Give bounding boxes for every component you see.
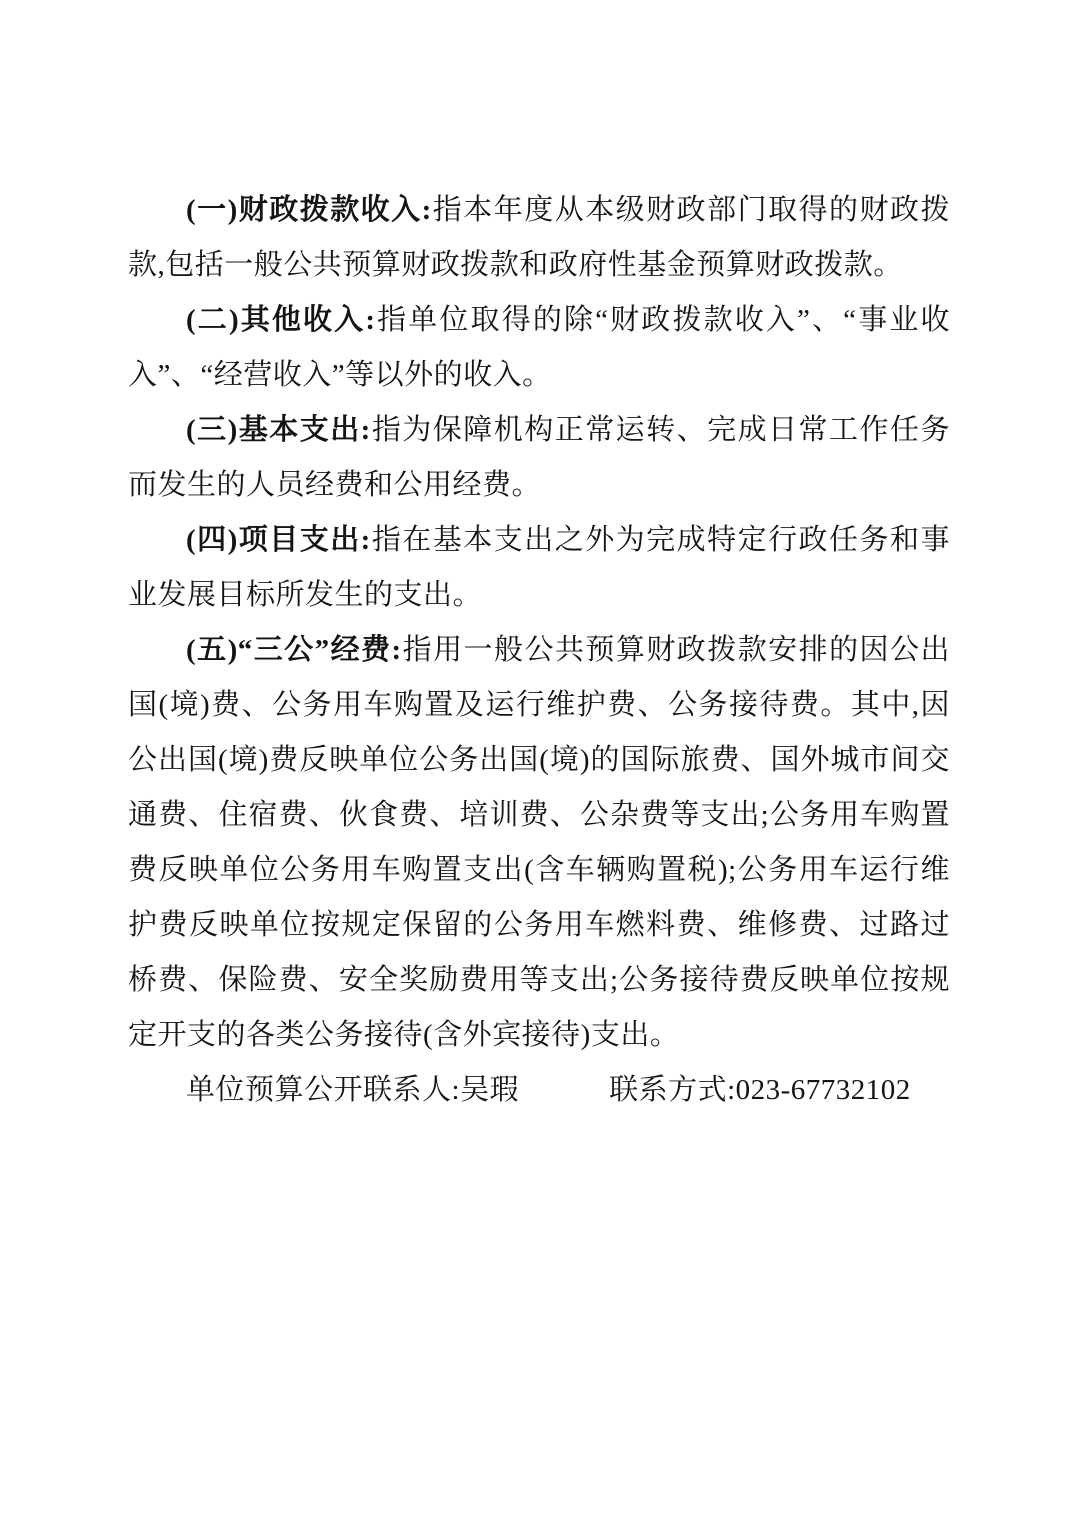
paragraph-term: (二)其他收入:: [186, 304, 375, 336]
paragraph-term: (五)“三公”经费:: [186, 634, 402, 666]
document-page: (一)财政拨款收入:指本年度从本级财政部门取得的财政拨款,包括一般公共预算财政拨…: [0, 0, 1074, 1520]
paragraph-term: (三)基本支出:: [186, 414, 371, 446]
definition-paragraph-3: (三)基本支出:指为保障机构正常运转、完成日常工作任务而发生的人员经费和公用经费…: [128, 403, 950, 513]
contact-method-value: 023-67732102: [736, 1074, 911, 1106]
contact-line: 单位预算公开联系人:吴瑕联系方式:023-67732102: [128, 1063, 950, 1118]
definition-paragraph-5: (五)“三公”经费:指用一般公共预算财政拨款安排的因公出国(境)费、公务用车购置…: [128, 623, 950, 1063]
paragraph-text: 指用一般公共预算财政拨款安排的因公出国(境)费、公务用车购置及运行维护费、公务接…: [128, 634, 950, 1051]
paragraph-term: (一)财政拨款收入:: [186, 194, 432, 226]
contact-person-label: 单位预算公开联系人:: [186, 1074, 460, 1106]
paragraph-term: (四)项目支出:: [186, 524, 371, 556]
document-body: (一)财政拨款收入:指本年度从本级财政部门取得的财政拨款,包括一般公共预算财政拨…: [128, 183, 950, 1118]
definition-paragraph-4: (四)项目支出:指在基本支出之外为完成特定行政任务和事业发展目标所发生的支出。: [128, 513, 950, 623]
definition-paragraph-2: (二)其他收入:指单位取得的除“财政拨款收入”、“事业收入”、“经营收入”等以外…: [128, 293, 950, 403]
contact-person-name: 吴瑕: [460, 1074, 519, 1106]
contact-method-label: 联系方式:: [609, 1074, 736, 1106]
definition-paragraph-1: (一)财政拨款收入:指本年度从本级财政部门取得的财政拨款,包括一般公共预算财政拨…: [128, 183, 950, 293]
